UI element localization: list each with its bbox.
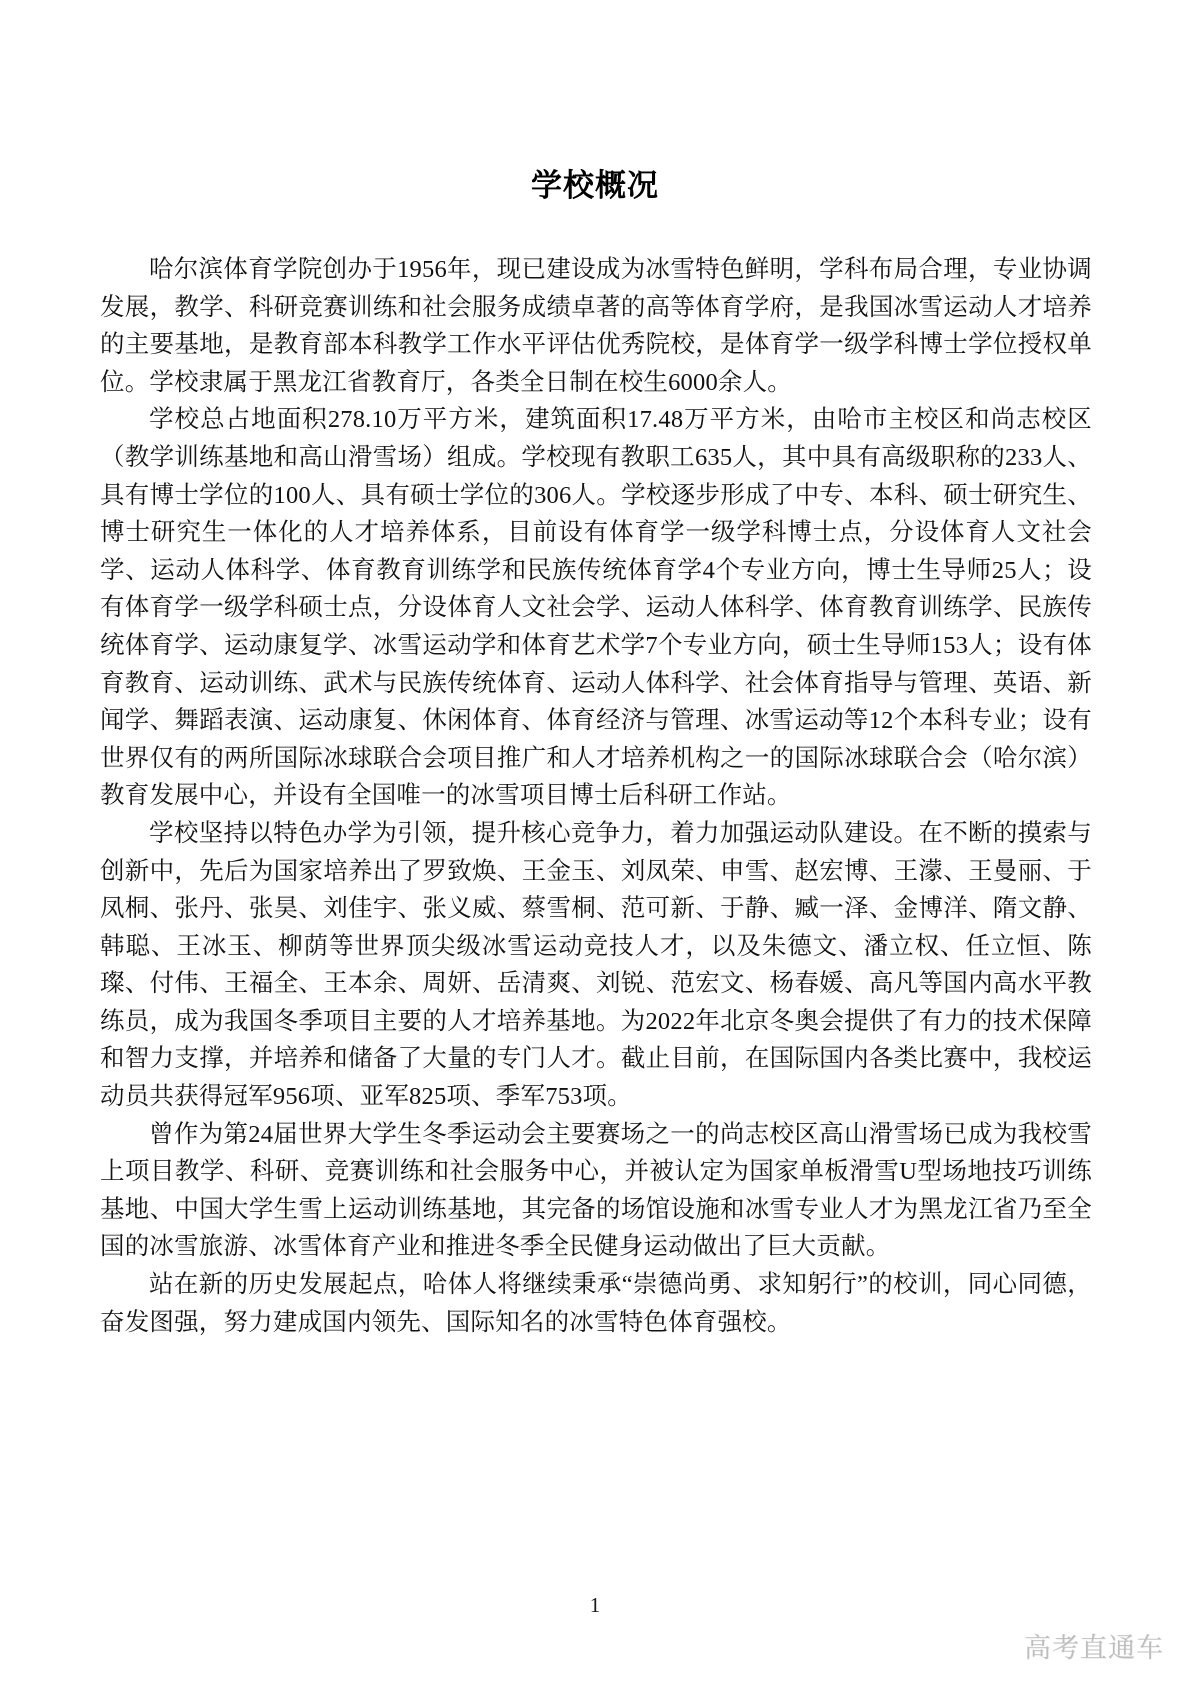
paragraph-ski-field: 曾作为第24届世界大学生冬季运动会主要赛场之一的尚志校区高山滑雪场已成为我校雪上… bbox=[100, 1116, 1092, 1266]
document-body: 哈尔滨体育学院创办于1956年，现已建设成为冰雪特色鲜明，学科布局合理，专业协调… bbox=[0, 251, 1190, 1341]
page-footer: 1 bbox=[0, 1593, 1190, 1618]
paragraph-school-intro: 哈尔滨体育学院创办于1956年，现已建设成为冰雪特色鲜明，学科布局合理，专业协调… bbox=[100, 251, 1092, 401]
watermark-text: 高考直通车 bbox=[1024, 1626, 1164, 1665]
document-page: 学校概况 哈尔滨体育学院创办于1956年，现已建设成为冰雪特色鲜明，学科布局合理… bbox=[0, 0, 1190, 1684]
paragraph-motto-outlook: 站在新的历史发展起点，哈体人将继续秉承“崇德尚勇、求知躬行”的校训，同心同德，奋… bbox=[100, 1266, 1092, 1341]
page-number: 1 bbox=[590, 1593, 601, 1617]
page-title: 学校概况 bbox=[0, 0, 1190, 205]
paragraph-athletes-coaches: 学校坚持以特色办学为引领，提升核心竞争力，着力加强运动队建设。在不断的摸索与创新… bbox=[100, 815, 1092, 1116]
paragraph-campus-programs: 学校总占地面积278.10万平方米，建筑面积17.48万平方米，由哈市主校区和尚… bbox=[100, 401, 1092, 815]
